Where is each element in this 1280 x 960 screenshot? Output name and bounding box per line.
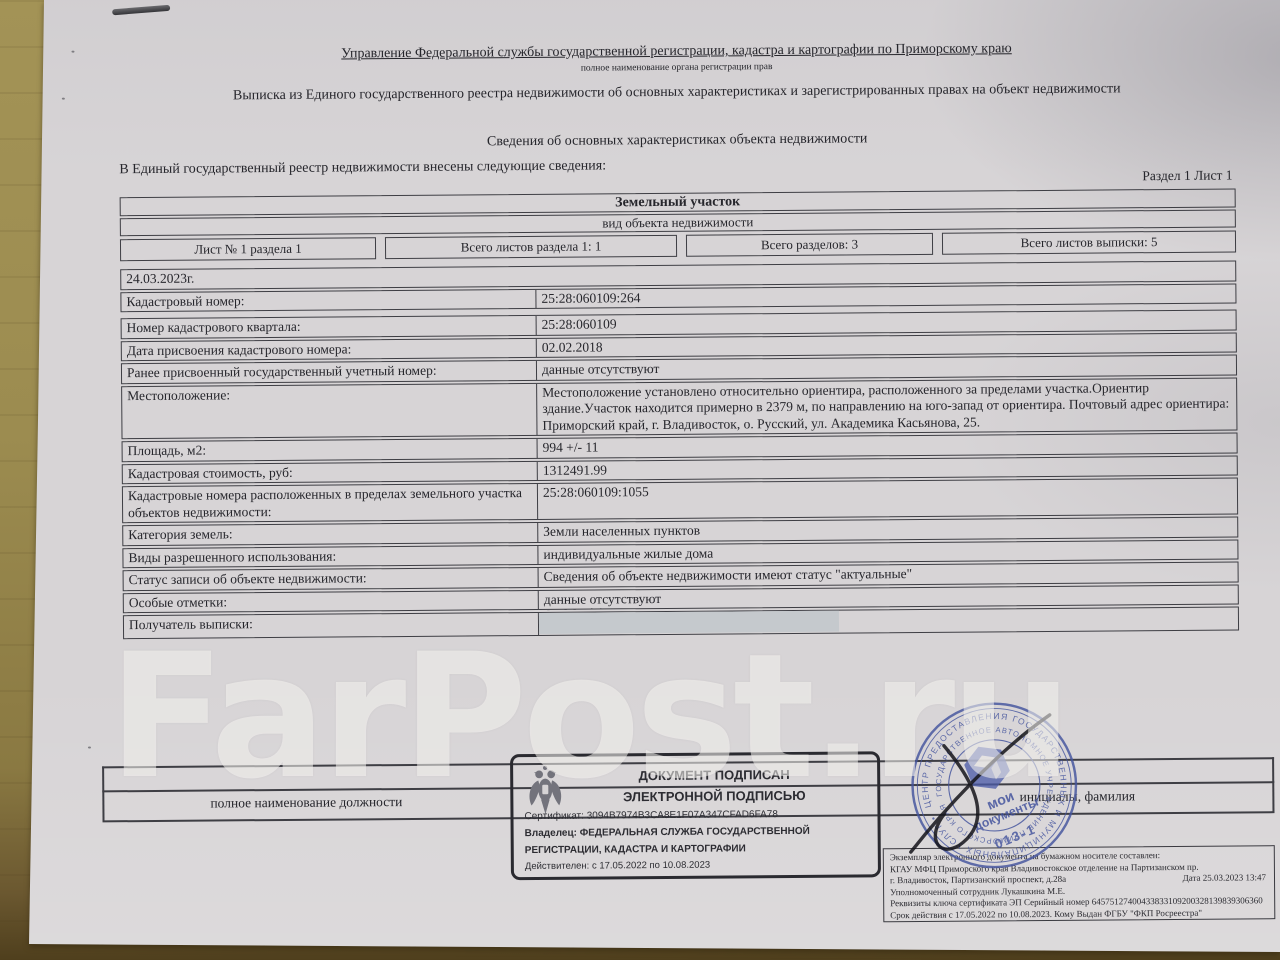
row-value: данные отсутствуют <box>537 355 1236 379</box>
sheet-cell-0: Лист № 1 раздела 1 <box>120 237 376 261</box>
row-value: - -- ·· <box>539 607 1238 634</box>
row-label: Местоположение: <box>122 383 537 438</box>
issue-line: Срок действия с 17.05.2022 по 10.08.2023… <box>890 907 1268 921</box>
table-row: Кадастровые номера расположенных в преде… <box>122 477 1238 523</box>
staple-mark <box>112 5 170 15</box>
document-content: Управление Федеральной службы государств… <box>0 0 1280 960</box>
row-value: 25:28:060109:264 <box>536 284 1235 308</box>
paper-speck <box>71 51 74 53</box>
signature-line-end <box>1272 757 1274 812</box>
section-title: Сведения об основных характеристиках объ… <box>117 128 1237 153</box>
stamp-title-1: ДОКУМЕНТ ПОДПИСАН <box>555 766 873 783</box>
stamp-title-2: ЭЛЕКТРОННОЙ ПОДПИСЬЮ <box>555 787 873 804</box>
position-label: полное наименование должности <box>102 793 510 812</box>
row-value: Сведения об объекте недвижимости имеют с… <box>539 562 1238 586</box>
row-label: Кадастровые номера расположенных в преде… <box>123 484 538 522</box>
row-value: данные отсутствуют <box>539 585 1238 609</box>
paper-speck <box>62 98 65 100</box>
row-value: 1312491.99 <box>538 456 1237 480</box>
object-type-header: Земельный участок вид объекта недвижимос… <box>120 188 1236 236</box>
issue-line-text: Уполномоченный сотрудник Лукашкина М.Е. <box>890 885 1065 896</box>
row-value: индивидуальные жилые дома <box>538 540 1237 564</box>
row-label: Категория земель: <box>123 523 538 545</box>
row-value: 25:28:060109:1055 <box>538 478 1237 518</box>
row-label: Ранее присвоенный государственный учетны… <box>122 361 537 383</box>
section-page-label: Раздел 1 Лист 1 <box>937 167 1232 185</box>
pen-scribble <box>891 683 1093 885</box>
table-row: Местоположение:Местоположение установлен… <box>121 377 1237 439</box>
row-label: Кадастровая стоимость, руб: <box>123 461 538 483</box>
sheet-info-row: Лист № 1 раздела 1Всего листов раздела 1… <box>120 230 1236 261</box>
sheet-cell-2: Всего разделов: 3 <box>686 233 933 257</box>
issue-date: Дата 25.03.2023 13:47 <box>1183 872 1267 884</box>
sheet-cell-1: Всего листов раздела 1: 1 <box>385 235 677 259</box>
intro-text: В Единый государственный реестр недвижим… <box>119 158 606 178</box>
row-label: Особые отметки: <box>124 590 539 612</box>
paper-speck <box>88 746 91 748</box>
row-label: Получатель выписки: <box>124 613 539 638</box>
row-value: Местоположение установлено относительно … <box>537 378 1236 435</box>
redaction-dashes: - -- ·· <box>547 600 609 617</box>
table-date-row: 24.03.2023г. <box>121 270 199 289</box>
row-label: Виды разрешенного использования: <box>123 545 538 567</box>
row-value: 25:28:060109 <box>537 310 1236 334</box>
main-table: 24.03.2023г.Кадастровый номер:25:28:0601… <box>120 260 1239 641</box>
row-label: Площадь, м2: <box>123 439 538 461</box>
signature-line-end <box>102 766 104 821</box>
row-value: 994 +/- 11 <box>538 433 1237 457</box>
sheet-cell-3: Всего листов выписки: 5 <box>942 230 1236 254</box>
issue-line-text: Срок действия с 17.05.2022 по 10.08.2023… <box>890 907 1202 919</box>
row-label: Статус записи об объекте недвижимости: <box>124 568 539 590</box>
row-label: Кадастровый номер: <box>121 289 536 311</box>
row-value: Земли населенных пунктов <box>538 517 1237 541</box>
row-value: 02.02.2018 <box>537 333 1236 357</box>
row-label: Номер кадастрового квартала: <box>122 316 537 338</box>
row-label: Дата присвоения кадастрового номера: <box>122 338 537 360</box>
doc-title: Выписка из Единого государственного реес… <box>97 80 1257 105</box>
